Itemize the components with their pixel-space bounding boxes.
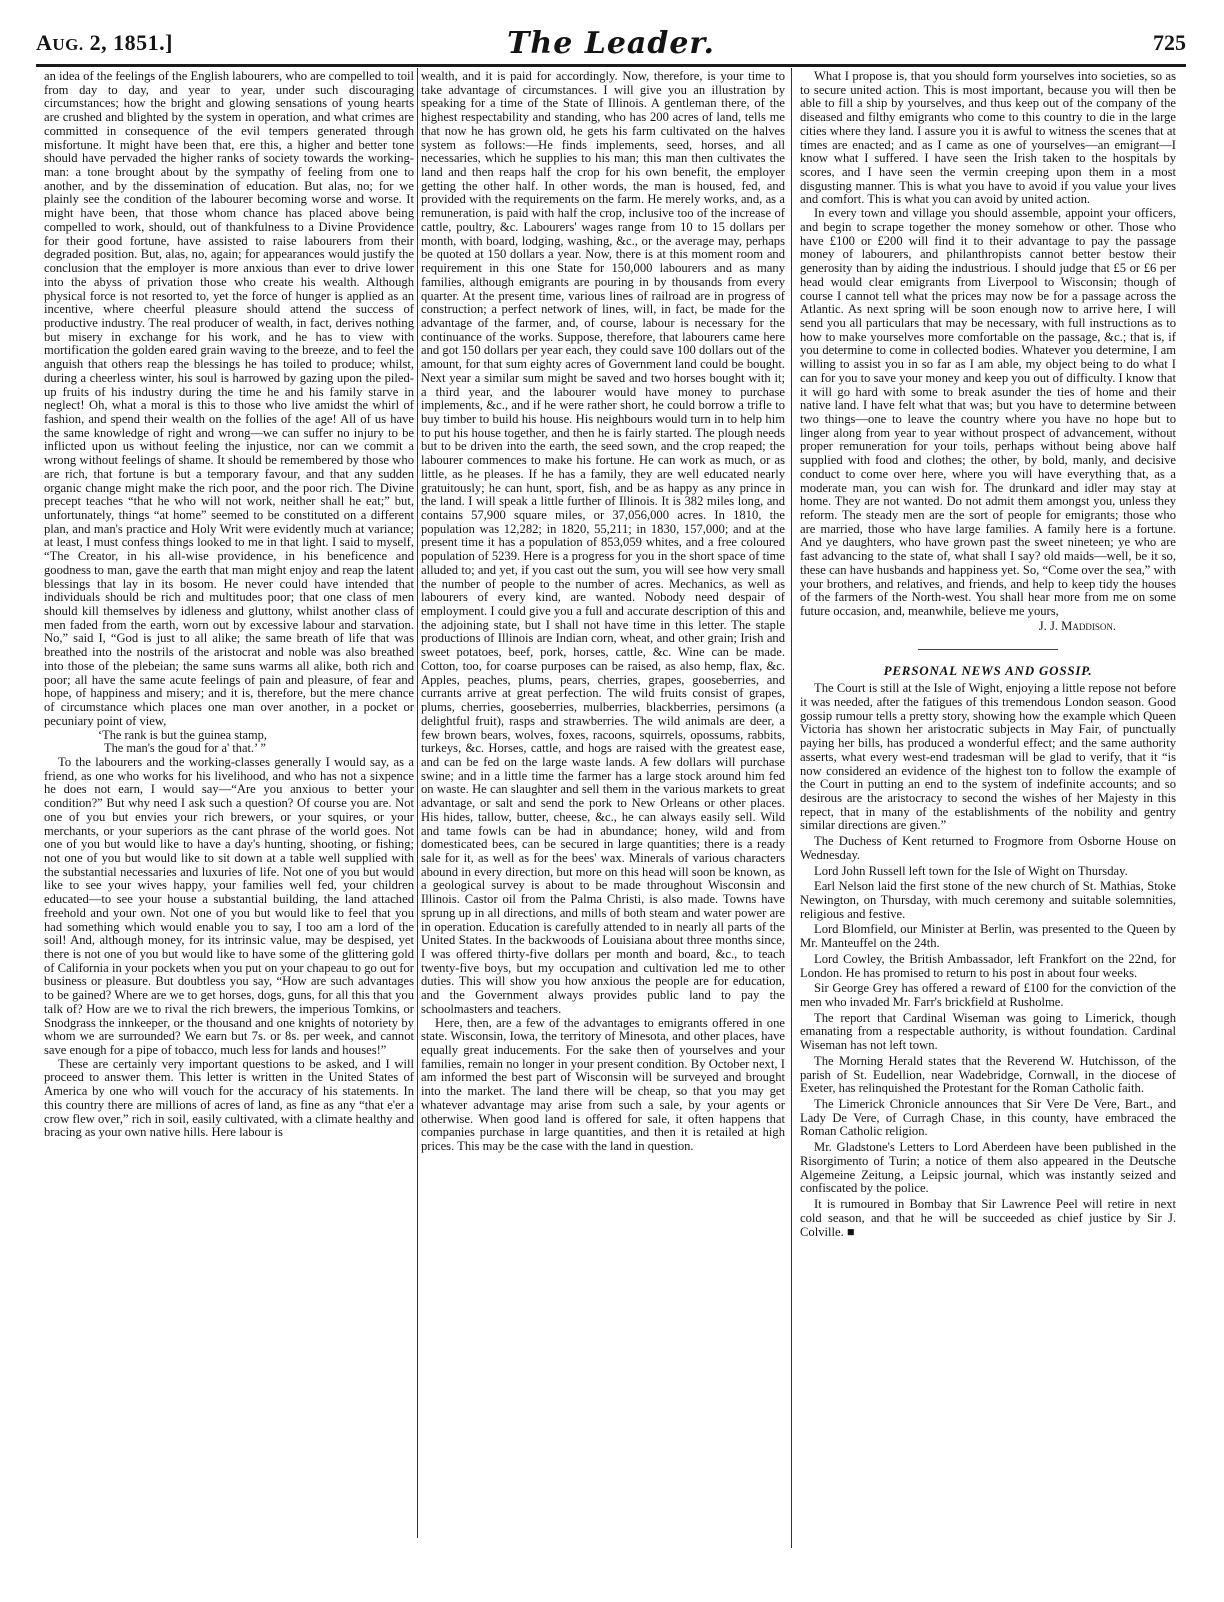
column-divider-1	[417, 68, 418, 1538]
news-items: The Court is still at the Isle of Wight,…	[800, 682, 1176, 1239]
news-item: Lord Blomfield, our Minister at Berlin, …	[800, 923, 1176, 950]
column-3: What I propose is, that you should form …	[800, 70, 1176, 1241]
letter-signature: J. J. Maddison.	[800, 620, 1176, 634]
column-2: wealth, and it is paid for accordingly. …	[421, 70, 785, 1154]
news-item: The Court is still at the Isle of Wight,…	[800, 682, 1176, 833]
newspaper-title: The Leader.	[36, 26, 1186, 61]
page-number: 725	[1153, 30, 1186, 56]
news-item: Mr. Gladstone's Letters to Lord Aberdeen…	[800, 1141, 1176, 1196]
column-divider-2	[791, 68, 792, 1548]
column-1: an idea of the feelings of the English l…	[44, 70, 414, 1140]
section-heading-personal-news: PERSONAL NEWS AND GOSSIP.	[800, 664, 1176, 678]
news-item: Earl Nelson laid the first stone of the …	[800, 880, 1176, 921]
verse-line: ‘The rank is but the guinea stamp,	[98, 729, 414, 743]
news-item: Lord Cowley, the British Ambassador, lef…	[800, 953, 1176, 980]
verse-quotation: ‘The rank is but the guinea stamp, The m…	[44, 729, 414, 756]
news-item: Sir George Grey has offered a reward of …	[800, 982, 1176, 1009]
news-item: Lord John Russell left town for the Isle…	[800, 865, 1176, 879]
article-paragraph: an idea of the feelings of the English l…	[44, 70, 414, 729]
article-paragraph: What I propose is, that you should form …	[800, 70, 1176, 207]
masthead-rule	[36, 64, 1186, 67]
section-divider	[918, 649, 1058, 650]
article-paragraph: In every town and village you should ass…	[800, 207, 1176, 619]
masthead: AUG. 2, 1851.] The Leader. 725	[36, 30, 1186, 64]
news-item: The Limerick Chronicle announces that Si…	[800, 1098, 1176, 1139]
article-paragraph: To the labourers and the working-classes…	[44, 756, 414, 1058]
news-item: The report that Cardinal Wiseman was goi…	[800, 1012, 1176, 1053]
verse-line: The man's the goud for a' that.’ ”	[98, 742, 414, 756]
news-item: The Morning Herald states that the Rever…	[800, 1055, 1176, 1096]
news-item: The Duchess of Kent returned to Frogmore…	[800, 835, 1176, 862]
article-paragraph: wealth, and it is paid for accordingly. …	[421, 70, 785, 1017]
article-paragraph: These are certainly very important quest…	[44, 1058, 414, 1140]
article-paragraph: Here, then, are a few of the advantages …	[421, 1017, 785, 1154]
news-item: It is rumoured in Bombay that Sir Lawren…	[800, 1198, 1176, 1239]
